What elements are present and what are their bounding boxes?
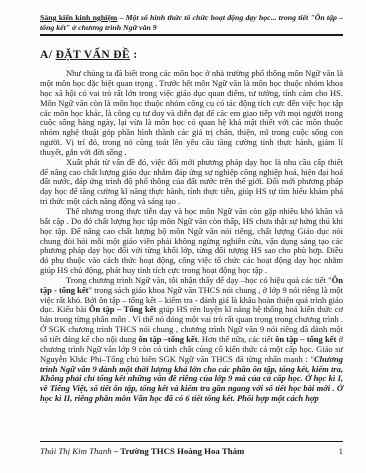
text-segment: Trong chương trình Ngữ văn, tôi nhận thấ… (66, 275, 332, 285)
text-segment: Thế nhưng trong thực tiễn dạy và học môn… (40, 206, 343, 275)
text-segment: Như chúng ta đã biết trong các môn học ở… (40, 68, 343, 157)
text-segment: – (117, 13, 125, 22)
paragraph: Như chúng ta đã biết trong các môn học ở… (40, 69, 343, 158)
paragraph: Xuất phát từ vấn đề đó, việc đổi mới phư… (40, 158, 343, 207)
text-segment: ĐẶT VẤN ĐỀ (56, 49, 131, 61)
paragraph: Trong chương trình Ngữ văn, tôi nhận thấ… (40, 276, 343, 404)
page-header: Sáng kiến kinh nghiệm – Một số hình thức… (40, 13, 343, 36)
paragraph: Thế nhưng trong thực tiễn dạy và học môn… (40, 207, 343, 276)
text-segment: : (130, 49, 138, 61)
text-segment: A/ (40, 49, 56, 61)
header-running-title: Sáng kiến kinh nghiệm – Một số hình thức… (40, 13, 343, 32)
text-segment: ôn tập – tổng kết (275, 334, 336, 344)
text-segment: – Trường THCS Hoàng Hoa Thám (112, 446, 245, 456)
text-segment: Thái Thị Kim Thanh (40, 446, 112, 456)
text-segment: . Hơn thế nữa, các tiết (198, 334, 276, 344)
page-number: 1 (339, 446, 343, 457)
document-page: Sáng kiến kinh nghiệm – Một số hình thức… (0, 0, 366, 473)
page-footer: Thái Thị Kim Thanh – Trường THCS Hoàng H… (40, 441, 343, 457)
text-segment: Sáng kiến kinh nghiệm (40, 13, 117, 22)
footer-author: Thái Thị Kim Thanh – Trường THCS Hoàng H… (40, 446, 244, 457)
text-segment: Xuất phát từ vấn đề đó, việc đổi mới phư… (40, 157, 343, 206)
section-title: A/ ĐẶT VẤN ĐỀ : (40, 49, 343, 61)
text-segment: ôn tập –tổng kết (139, 334, 198, 344)
body-text: Như chúng ta đã biết trong các môn học ở… (40, 69, 343, 404)
text-segment: Ôn tập – Tổng kết (89, 304, 157, 314)
